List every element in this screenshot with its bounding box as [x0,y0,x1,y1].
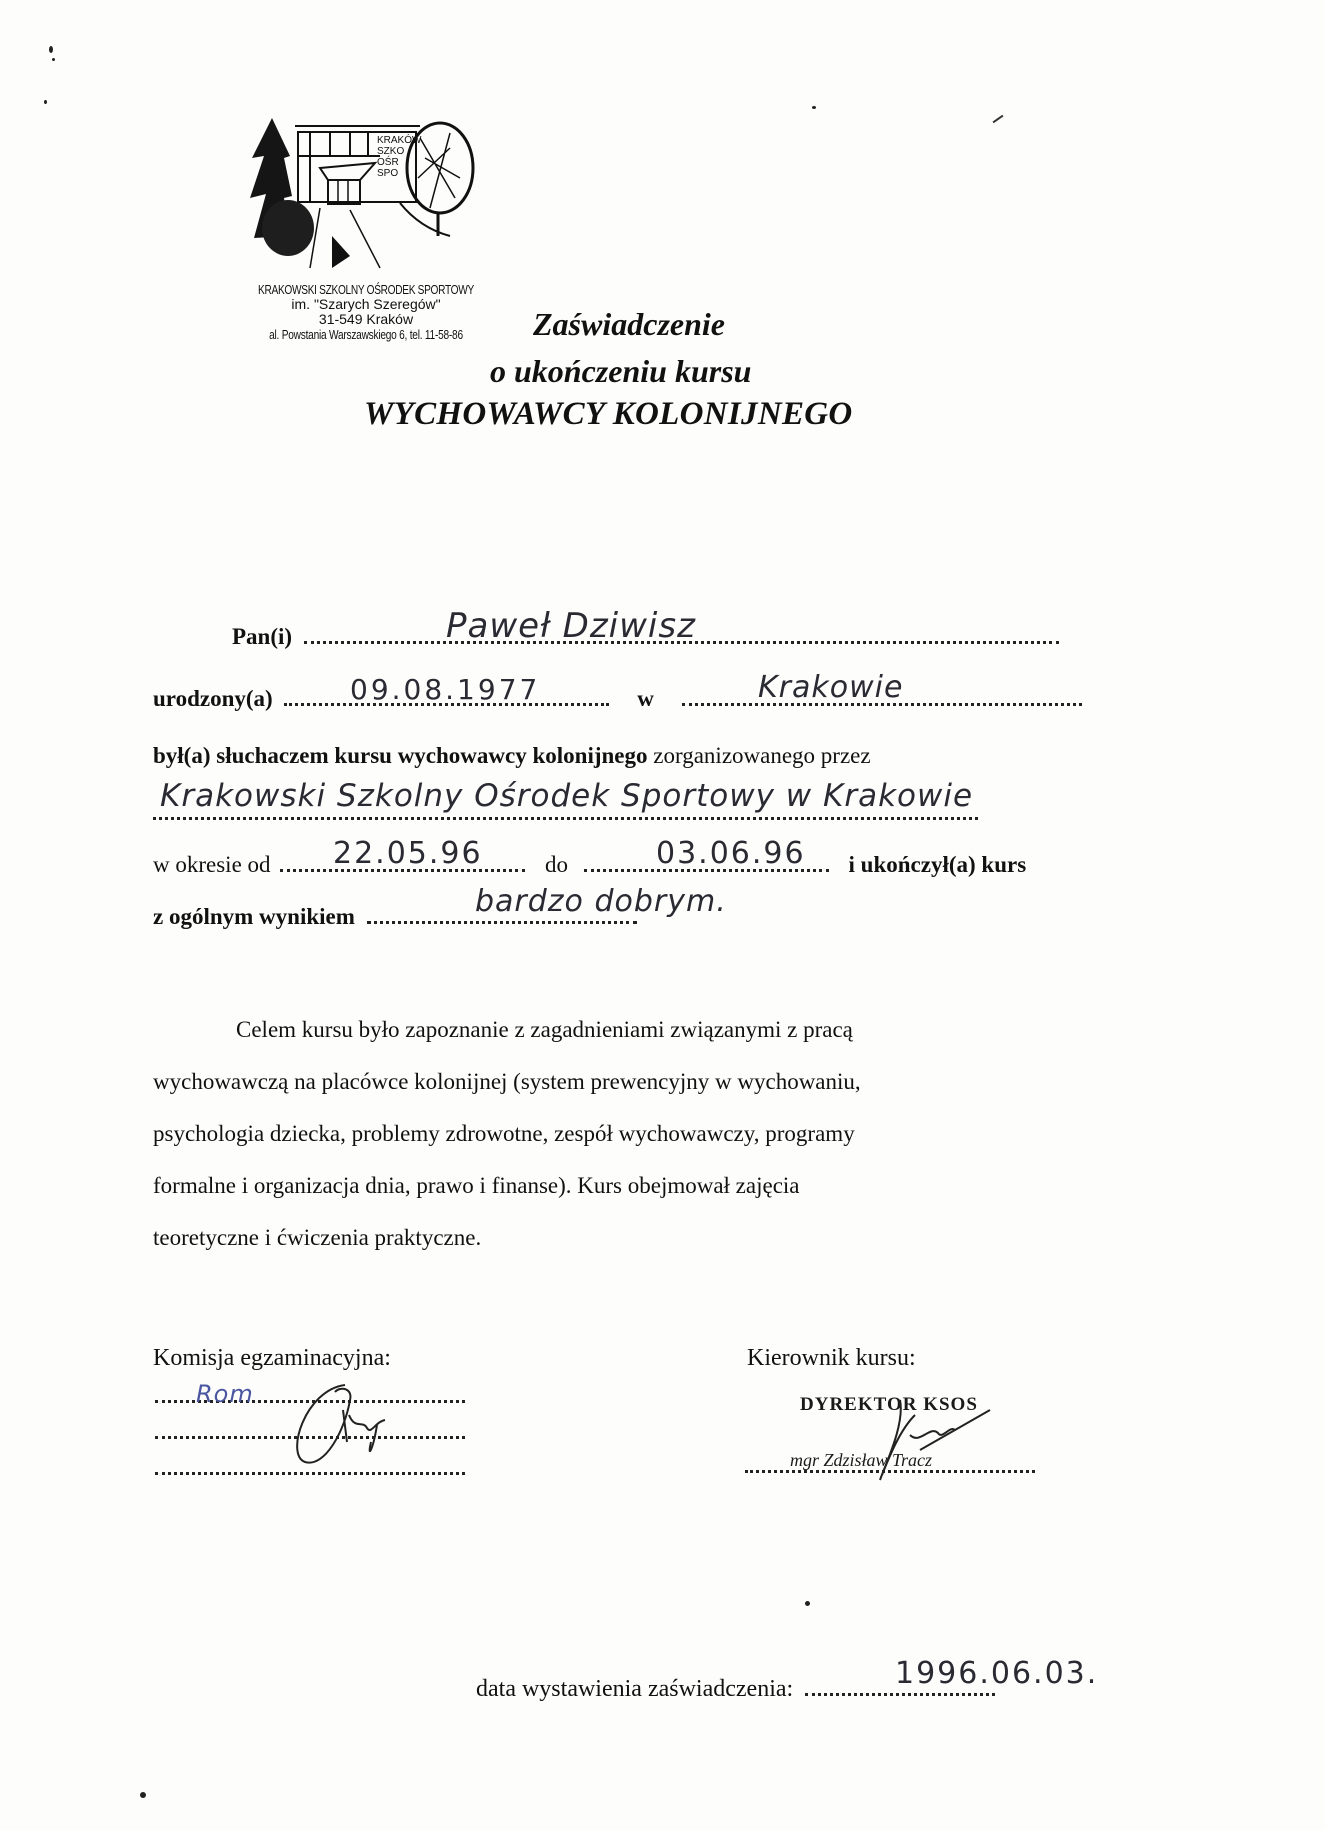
school-logo: KRAKÓW SZKO OŚR SPO [250,118,480,288]
director-label: Kierownik kursu: [747,1345,916,1372]
organized-text: zorganizowanego przez [653,743,870,768]
scan-speck [805,1601,810,1606]
issue-date-label: data wystawienia zaświadczenia: [476,1676,793,1702]
course-name: WYCHOWAWCY KOLONIJNEGO [364,396,853,433]
svg-text:SZKO: SZKO [377,146,404,157]
period-to-value: 03.06.96 [656,836,806,871]
director-signature-icon [860,1395,1000,1485]
document-title: Zaświadczenie [533,306,725,343]
name-label: Pan(i) [232,624,292,649]
organizer-value: Krakowski Szkolny Ośrodek Sportowy w Kra… [160,778,973,814]
description-line: wychowawczą na placówce kolonijnej (syst… [153,1056,1113,1108]
issuer-postal: 31-549 Kraków [226,312,506,327]
completed-label: i ukończył(a) kurs [849,852,1027,877]
description-line: formalne i organizacja dnia, prawo i fin… [153,1160,1113,1212]
svg-text:OŚR: OŚR [377,155,399,168]
organizer-dotted-line [153,817,978,820]
commission-line-3 [155,1472,465,1475]
place-label: w [637,686,654,711]
description-line: teoretyczne i ćwiczenia praktyczne. [153,1212,1113,1264]
course-description: Celem kursu było zapoznanie z zagadnieni… [153,1004,1113,1264]
issuer-name: KRAKOWSKI SZKOLNY OŚRODEK SPORTOWY [257,282,475,297]
result-dotted-line [367,921,637,924]
born-row: urodzony(a) w [153,686,1082,712]
commission-label: Komisja egzaminacyjna: [153,1345,391,1372]
name-value: Paweł Dziwisz [446,606,696,646]
result-label: z ogólnym wynikiem [153,904,355,929]
period-label: w okresie od [153,852,271,877]
issue-date-dotted-line [805,1693,995,1696]
scan-speck [44,100,47,104]
result-value: bardzo dobrym. [475,884,727,919]
born-value: 09.08.1977 [350,673,540,706]
scan-mark [993,115,1004,124]
description-line: psychologia dziecka, problemy zdrowotne,… [153,1108,1113,1160]
scan-speck [140,1792,146,1798]
issue-date-value: 1996.06.03. [895,1656,1098,1691]
svg-text:SPO: SPO [377,168,398,179]
document-subtitle: o ukończeniu kursu [490,353,751,390]
period-to-label: do [545,852,568,877]
scan-speck [49,46,53,53]
period-row: w okresie od do i ukończył(a) kurs [153,852,1026,878]
born-label: urodzony(a) [153,686,273,711]
issuer-patron: im. "Szarych Szeregów" [226,297,506,312]
scan-speck [812,106,816,109]
issuer-address: al. Powstania Warszawskiego 6, tel. 11-5… [257,327,475,342]
commission-signature-icon [285,1380,415,1470]
place-value: Krakowie [758,670,903,705]
period-from-value: 22.05.96 [333,836,483,871]
description-line: Celem kursu było zapoznanie z zagadnieni… [153,1004,1113,1056]
participant-row: był(a) słuchaczem kursu wychowawcy kolon… [153,743,871,769]
participant-text: był(a) słuchaczem kursu wychowawcy kolon… [153,743,648,768]
issuer-block: KRAKOWSKI SZKOLNY OŚRODEK SPORTOWY im. "… [226,282,506,342]
commission-signature-1: Rom [196,1380,254,1408]
scan-speck [52,58,55,61]
school-building-icon: KRAKÓW SZKO OŚR SPO [250,118,480,288]
